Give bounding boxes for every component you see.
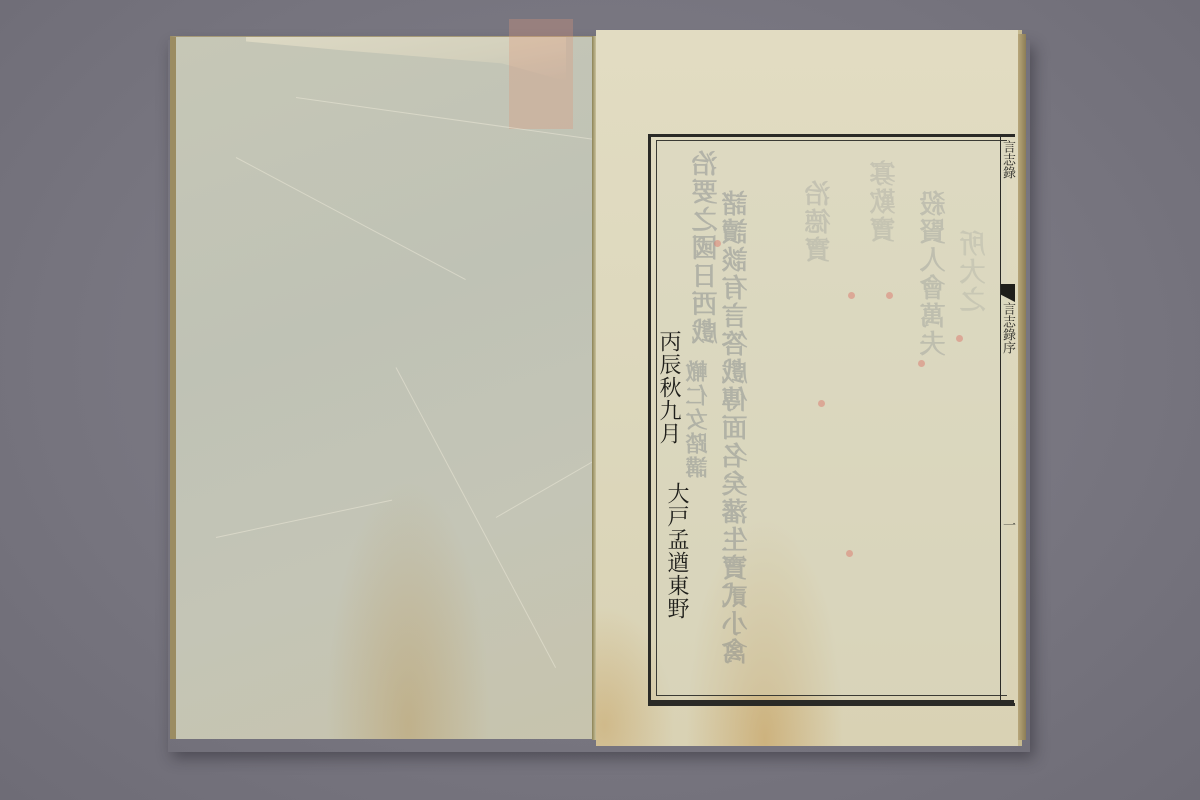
red-mark [886,292,893,299]
frame-bottom-line [648,700,1014,703]
show-through-text: 所大之 [956,230,993,314]
red-mark [846,550,853,557]
colophon-author: 大戸孟遒東野 [664,482,688,620]
right-page: 治要之國日西戲 諸讀談有言答戲傳面名矣藩生寶貳小禽 轍仁女踏講 治德寶 寡歎寶 … [596,30,1022,746]
show-through-text: 殺賢人會萬夫 [916,190,953,358]
margin-title: 言志錄 [1000,140,1014,179]
paper-fiber [236,157,466,280]
paper-fiber [396,367,557,668]
red-mark [848,292,855,299]
margin-page-number: 一 [1000,518,1014,531]
red-mark [818,400,825,407]
show-through-text: 轍仁女踏講 [682,360,713,480]
fish-tail-mark [1001,284,1015,302]
show-through-text: 諸讀談有言答戲傳面名矣藩生寶貳小禽 [718,190,755,666]
paper-fiber [216,500,392,538]
show-through-text: 治德寶 [801,180,838,264]
page-stack-edge [1018,34,1026,740]
seal-show-through [509,19,573,129]
red-mark [918,360,925,367]
margin-column [1000,134,1017,700]
left-page [170,36,598,739]
red-mark [714,240,721,247]
red-mark [956,335,963,342]
margin-subtitle: 言志錄序 [1000,302,1014,354]
colophon-date: 丙辰秋九月 [656,330,680,445]
show-through-text: 寡歎寶 [866,160,903,244]
